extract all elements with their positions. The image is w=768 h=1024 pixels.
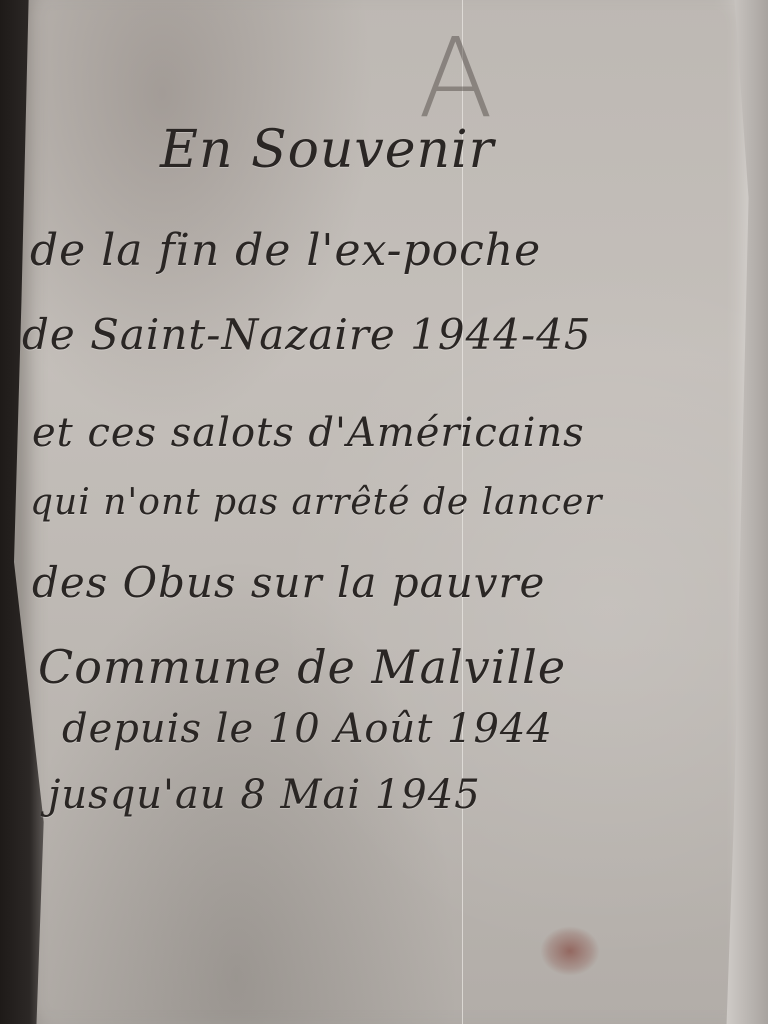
inscription-line-3: de Saint-Nazaire 1944-45 (22, 310, 592, 359)
inscription-line-1: En Souvenir (160, 120, 495, 180)
inscription-line-8: depuis le 10 Août 1944 (62, 706, 553, 752)
inscription-line-7: Commune de Malville (38, 640, 566, 694)
inscription-line-6: des Obus sur la pauvre (32, 558, 545, 607)
inscription-line-2: de la fin de l'ex-poche (30, 225, 541, 276)
inscription-line-5: qui n'ont pas arrêté de lancer (30, 482, 603, 523)
inscription: A En Souvenir de la fin de l'ex-poche de… (0, 0, 768, 1024)
inscription-line-9: jusqu'au 8 Mai 1945 (48, 772, 481, 818)
inscription-line-4: et ces salots d'Américains (32, 410, 585, 456)
